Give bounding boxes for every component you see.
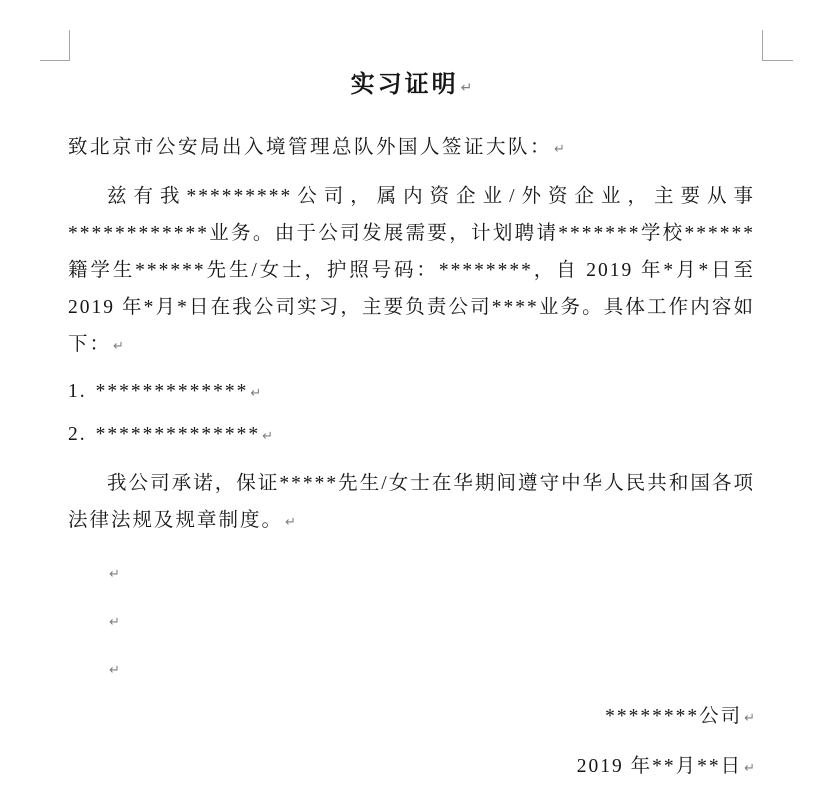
- body-paragraph: 兹有我*********公司，属内资企业/外资企业，主要从事**********…: [68, 178, 755, 365]
- commitment-paragraph: 我公司承诺，保证*****先生/女士在华期间遵守中华人民共和国各项法律法规及规章…: [68, 465, 755, 541]
- paragraph-mark-icon: ↵: [262, 429, 273, 444]
- signature-company-text: ********公司: [605, 706, 742, 727]
- paragraph-mark-icon: ↵: [285, 515, 296, 530]
- paragraph-mark-icon: ↵: [250, 386, 261, 401]
- list-item-1-number: 1.: [68, 381, 87, 402]
- document-title: 实习证明↵: [68, 70, 755, 103]
- list-item-2-text: **************: [96, 424, 261, 445]
- text-boundary-corner-top-right: [762, 30, 793, 61]
- paragraph-mark-icon: ↵: [461, 80, 473, 96]
- commitment-paragraph-text: 我公司承诺，保证*****先生/女士在华期间遵守中华人民共和国各项法律法规及规章…: [68, 473, 755, 531]
- paragraph-mark-icon: ↵: [109, 615, 120, 630]
- paragraph-mark-icon: ↵: [554, 142, 565, 157]
- paragraph-mark-icon: ↵: [744, 761, 755, 776]
- salutation-text: 致北京市公安局出入境管理总队外国人签证大队：: [68, 137, 552, 158]
- body-paragraph-text: 兹有我*********公司，属内资企业/外资企业，主要从事**********…: [68, 186, 755, 355]
- empty-paragraph-1: ↵: [68, 549, 755, 597]
- list-item-1-text: *************: [96, 381, 249, 402]
- list-item-1: 1.*************↵: [68, 373, 755, 412]
- signature-date-line: 2019 年**月**日↵: [68, 743, 755, 787]
- signature-company-line: ********公司↵: [68, 693, 755, 743]
- paragraph-mark-icon: ↵: [109, 567, 120, 582]
- empty-paragraph-2: ↵: [68, 597, 755, 645]
- signature-date-text: 2019 年**月**日: [577, 756, 742, 777]
- list-item-2-number: 2.: [68, 424, 87, 445]
- text-boundary-corner-top-left: [40, 30, 70, 61]
- word-document-page: 实习证明↵ 致北京市公安局出入境管理总队外国人签证大队：↵ 兹有我*******…: [0, 0, 823, 787]
- paragraph-mark-icon: ↵: [109, 663, 120, 678]
- paragraph-mark-icon: ↵: [744, 711, 755, 726]
- salutation-line: 致北京市公安局出入境管理总队外国人签证大队：↵: [68, 129, 755, 168]
- paragraph-mark-icon: ↵: [113, 339, 124, 354]
- list-item-2: 2.**************↵: [68, 416, 755, 455]
- empty-paragraph-3: ↵: [68, 645, 755, 693]
- title-text: 实习证明: [351, 72, 459, 98]
- document-content: 实习证明↵ 致北京市公安局出入境管理总队外国人签证大队：↵ 兹有我*******…: [68, 70, 755, 787]
